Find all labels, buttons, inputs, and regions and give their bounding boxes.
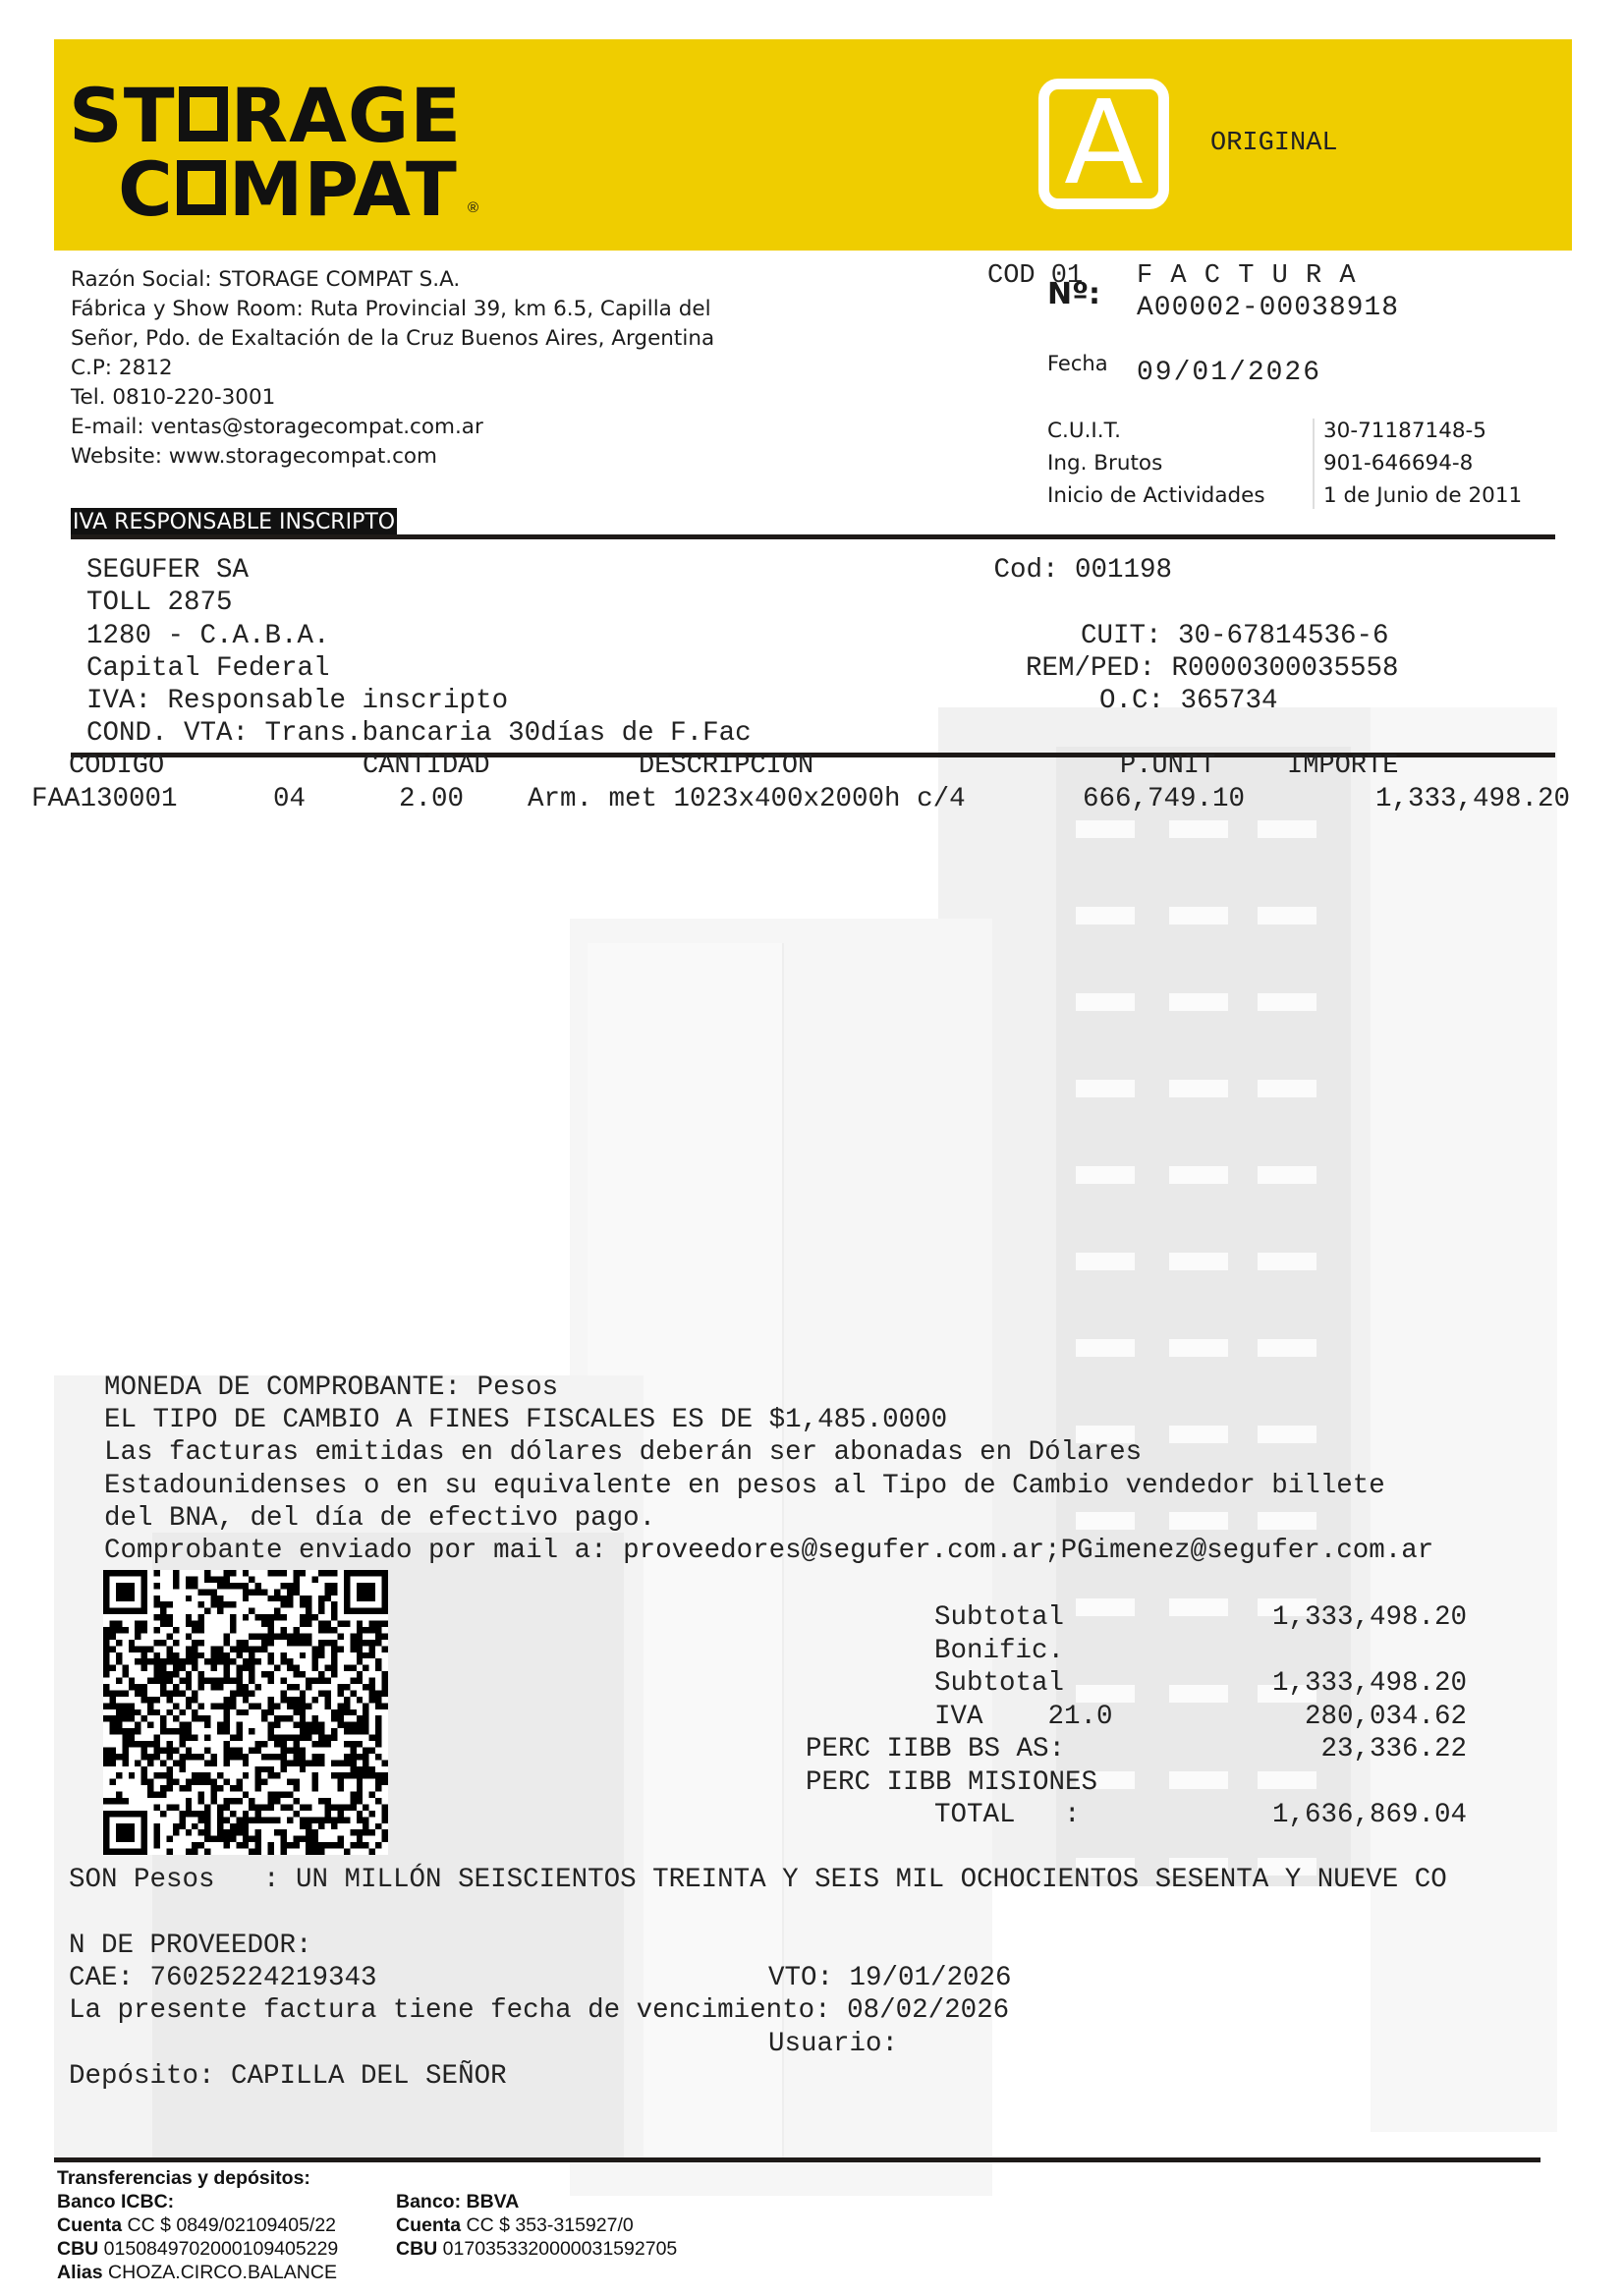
cae-expiry: VTO: 19/01/2026 bbox=[768, 1963, 1012, 1993]
client-purchase-order: O.C: 365734 bbox=[1099, 686, 1278, 716]
tax-start-label: Inicio de Actividades bbox=[1047, 483, 1265, 508]
footer-divider bbox=[54, 2157, 1540, 2162]
invoice-date-label: Fecha bbox=[1047, 352, 1108, 375]
invoice-letter-badge: A bbox=[1038, 79, 1169, 209]
note-currency: MONEDA DE COMPROBANTE: Pesos bbox=[104, 1372, 558, 1403]
totals-label: TOTAL : bbox=[934, 1800, 1081, 1830]
bank-bbva-cbu: CBU 0170353320000031592705 bbox=[396, 2238, 677, 2261]
tax-start-value: 1 de Junio de 2011 bbox=[1323, 483, 1522, 508]
item-code: FAA130001 bbox=[31, 784, 178, 814]
col-header-cantidad: CANTIDAD bbox=[363, 752, 490, 781]
warehouse: Depósito: CAPILLA DEL SEÑOR bbox=[69, 2061, 507, 2092]
item-amount: 1,333,498.20 bbox=[1375, 784, 1570, 814]
item-quantity: 2.00 bbox=[399, 784, 464, 814]
col-header-importe: IMPORTE bbox=[1287, 752, 1398, 781]
user-label: Usuario: bbox=[768, 2029, 898, 2059]
invoice-number: A00002-00038918 bbox=[1137, 293, 1399, 323]
totals-value: 1,333,498.20 bbox=[1272, 1602, 1467, 1633]
totals-label: PERC IIBB MISIONES bbox=[806, 1767, 1097, 1798]
bank-section-title: Transferencias y depósitos: bbox=[57, 2167, 310, 2190]
amount-in-words: SON Pesos : UN MILLÓN SEISCIENTOS TREINT… bbox=[69, 1865, 1447, 1895]
note-dollar-2: Estadounidenses o en su equivalente en p… bbox=[104, 1471, 1385, 1501]
totals-label: IVA 21.0 bbox=[934, 1702, 1113, 1732]
note-dollar-1: Las facturas emitidas en dólares deberán… bbox=[104, 1437, 1142, 1468]
company-logo-line2: CMPAT bbox=[118, 152, 458, 227]
tax-cuit-label: C.U.I.T. bbox=[1047, 419, 1121, 443]
note-exchange-rate: EL TIPO DE CAMBIO A FINES FISCALES ES DE… bbox=[104, 1405, 947, 1435]
client-street: TOLL 2875 bbox=[86, 588, 233, 618]
supplier-number: N DE PROVEEDOR: bbox=[69, 1931, 312, 1961]
tax-cuit-value: 30-71187148-5 bbox=[1323, 419, 1486, 443]
company-email: E-mail: ventas@storagecompat.com.ar bbox=[71, 415, 483, 439]
client-code: Cod: 001198 bbox=[993, 555, 1172, 586]
company-postal-code: C.P: 2812 bbox=[71, 356, 173, 380]
invoice-type: F A C T U R A bbox=[1137, 261, 1357, 291]
client-name: SEGUFER SA bbox=[86, 555, 249, 586]
client-rem-ped: REM/PED: R0000300035558 bbox=[1026, 653, 1399, 684]
note-dollar-3: del BNA, del día de efectivo pago. bbox=[104, 1503, 655, 1534]
bank-bbva-account: Cuenta CC $ 353-315927/0 bbox=[396, 2214, 634, 2237]
client-sale-condition: COND. VTA: Trans.bancaria 30días de F.Fa… bbox=[86, 718, 752, 749]
company-phone: Tel. 0810-220-3001 bbox=[71, 385, 275, 410]
company-legal-name: Razón Social: STORAGE COMPAT S.A. bbox=[71, 267, 460, 292]
col-header-codigo: CODIGO bbox=[69, 752, 164, 781]
company-website: Website: www.storagecompat.com bbox=[71, 444, 437, 469]
col-header-descripcion: DESCRIPCION bbox=[639, 752, 813, 781]
totals-value: 1,333,498.20 bbox=[1272, 1668, 1467, 1699]
cae-number: CAE: 76025224219343 bbox=[69, 1963, 377, 1993]
tax-info-divider bbox=[1313, 419, 1315, 509]
due-date-note: La presente factura tiene fecha de venci… bbox=[69, 1995, 1009, 2026]
client-cuit: CUIT: 30-67814536-6 bbox=[1081, 621, 1389, 651]
note-email: Comprobante enviado por mail a: proveedo… bbox=[104, 1536, 1433, 1566]
afip-qr-code[interactable] bbox=[103, 1570, 388, 1855]
iva-condition-badge: IVA RESPONSABLE INSCRIPTO bbox=[71, 508, 397, 536]
company-address-2: Señor, Pdo. de Exaltación de la Cruz Bue… bbox=[71, 326, 714, 351]
invoice-number-label: Nº: bbox=[1047, 277, 1100, 311]
tax-iibb-value: 901-646694-8 bbox=[1323, 451, 1473, 476]
bank-bbva-name: Banco: BBVA bbox=[396, 2191, 519, 2213]
client-province: Capital Federal bbox=[86, 653, 330, 684]
company-address-1: Fábrica y Show Room: Ruta Provincial 39,… bbox=[71, 297, 711, 321]
header-divider bbox=[71, 534, 1555, 539]
totals-label: PERC IIBB BS AS: bbox=[806, 1734, 1065, 1764]
bank-icbc-account: Cuenta CC $ 0849/02109405/22 bbox=[57, 2214, 336, 2237]
totals-label: Subtotal bbox=[934, 1602, 1064, 1633]
client-city: 1280 - C.A.B.A. bbox=[86, 621, 330, 651]
item-subcode: 04 bbox=[273, 784, 306, 814]
totals-label: Subtotal bbox=[934, 1668, 1064, 1699]
copy-label: ORIGINAL bbox=[1210, 129, 1338, 158]
totals-value: 23,336.22 bbox=[1320, 1734, 1467, 1764]
client-iva: IVA: Responsable inscripto bbox=[86, 686, 508, 716]
item-description: Arm. met 1023x400x2000h c/4 bbox=[528, 784, 966, 814]
bank-icbc-alias: Alias CHOZA.CIRCO.BALANCE bbox=[57, 2262, 337, 2284]
company-logo: STRAGE bbox=[69, 79, 462, 153]
col-header-punit: P.UNIT bbox=[1120, 752, 1215, 781]
totals-value: 1,636,869.04 bbox=[1272, 1800, 1467, 1830]
bank-icbc-name: Banco ICBC: bbox=[57, 2191, 174, 2213]
totals-value: 280,034.62 bbox=[1305, 1702, 1467, 1732]
registered-mark: ® bbox=[468, 199, 478, 216]
totals-label: Bonific. bbox=[934, 1636, 1064, 1666]
item-unit-price: 666,749.10 bbox=[1083, 784, 1245, 814]
bank-icbc-cbu: CBU 0150849702000109405229 bbox=[57, 2238, 338, 2261]
invoice-date: 09/01/2026 bbox=[1137, 358, 1321, 388]
tax-iibb-label: Ing. Brutos bbox=[1047, 451, 1162, 476]
